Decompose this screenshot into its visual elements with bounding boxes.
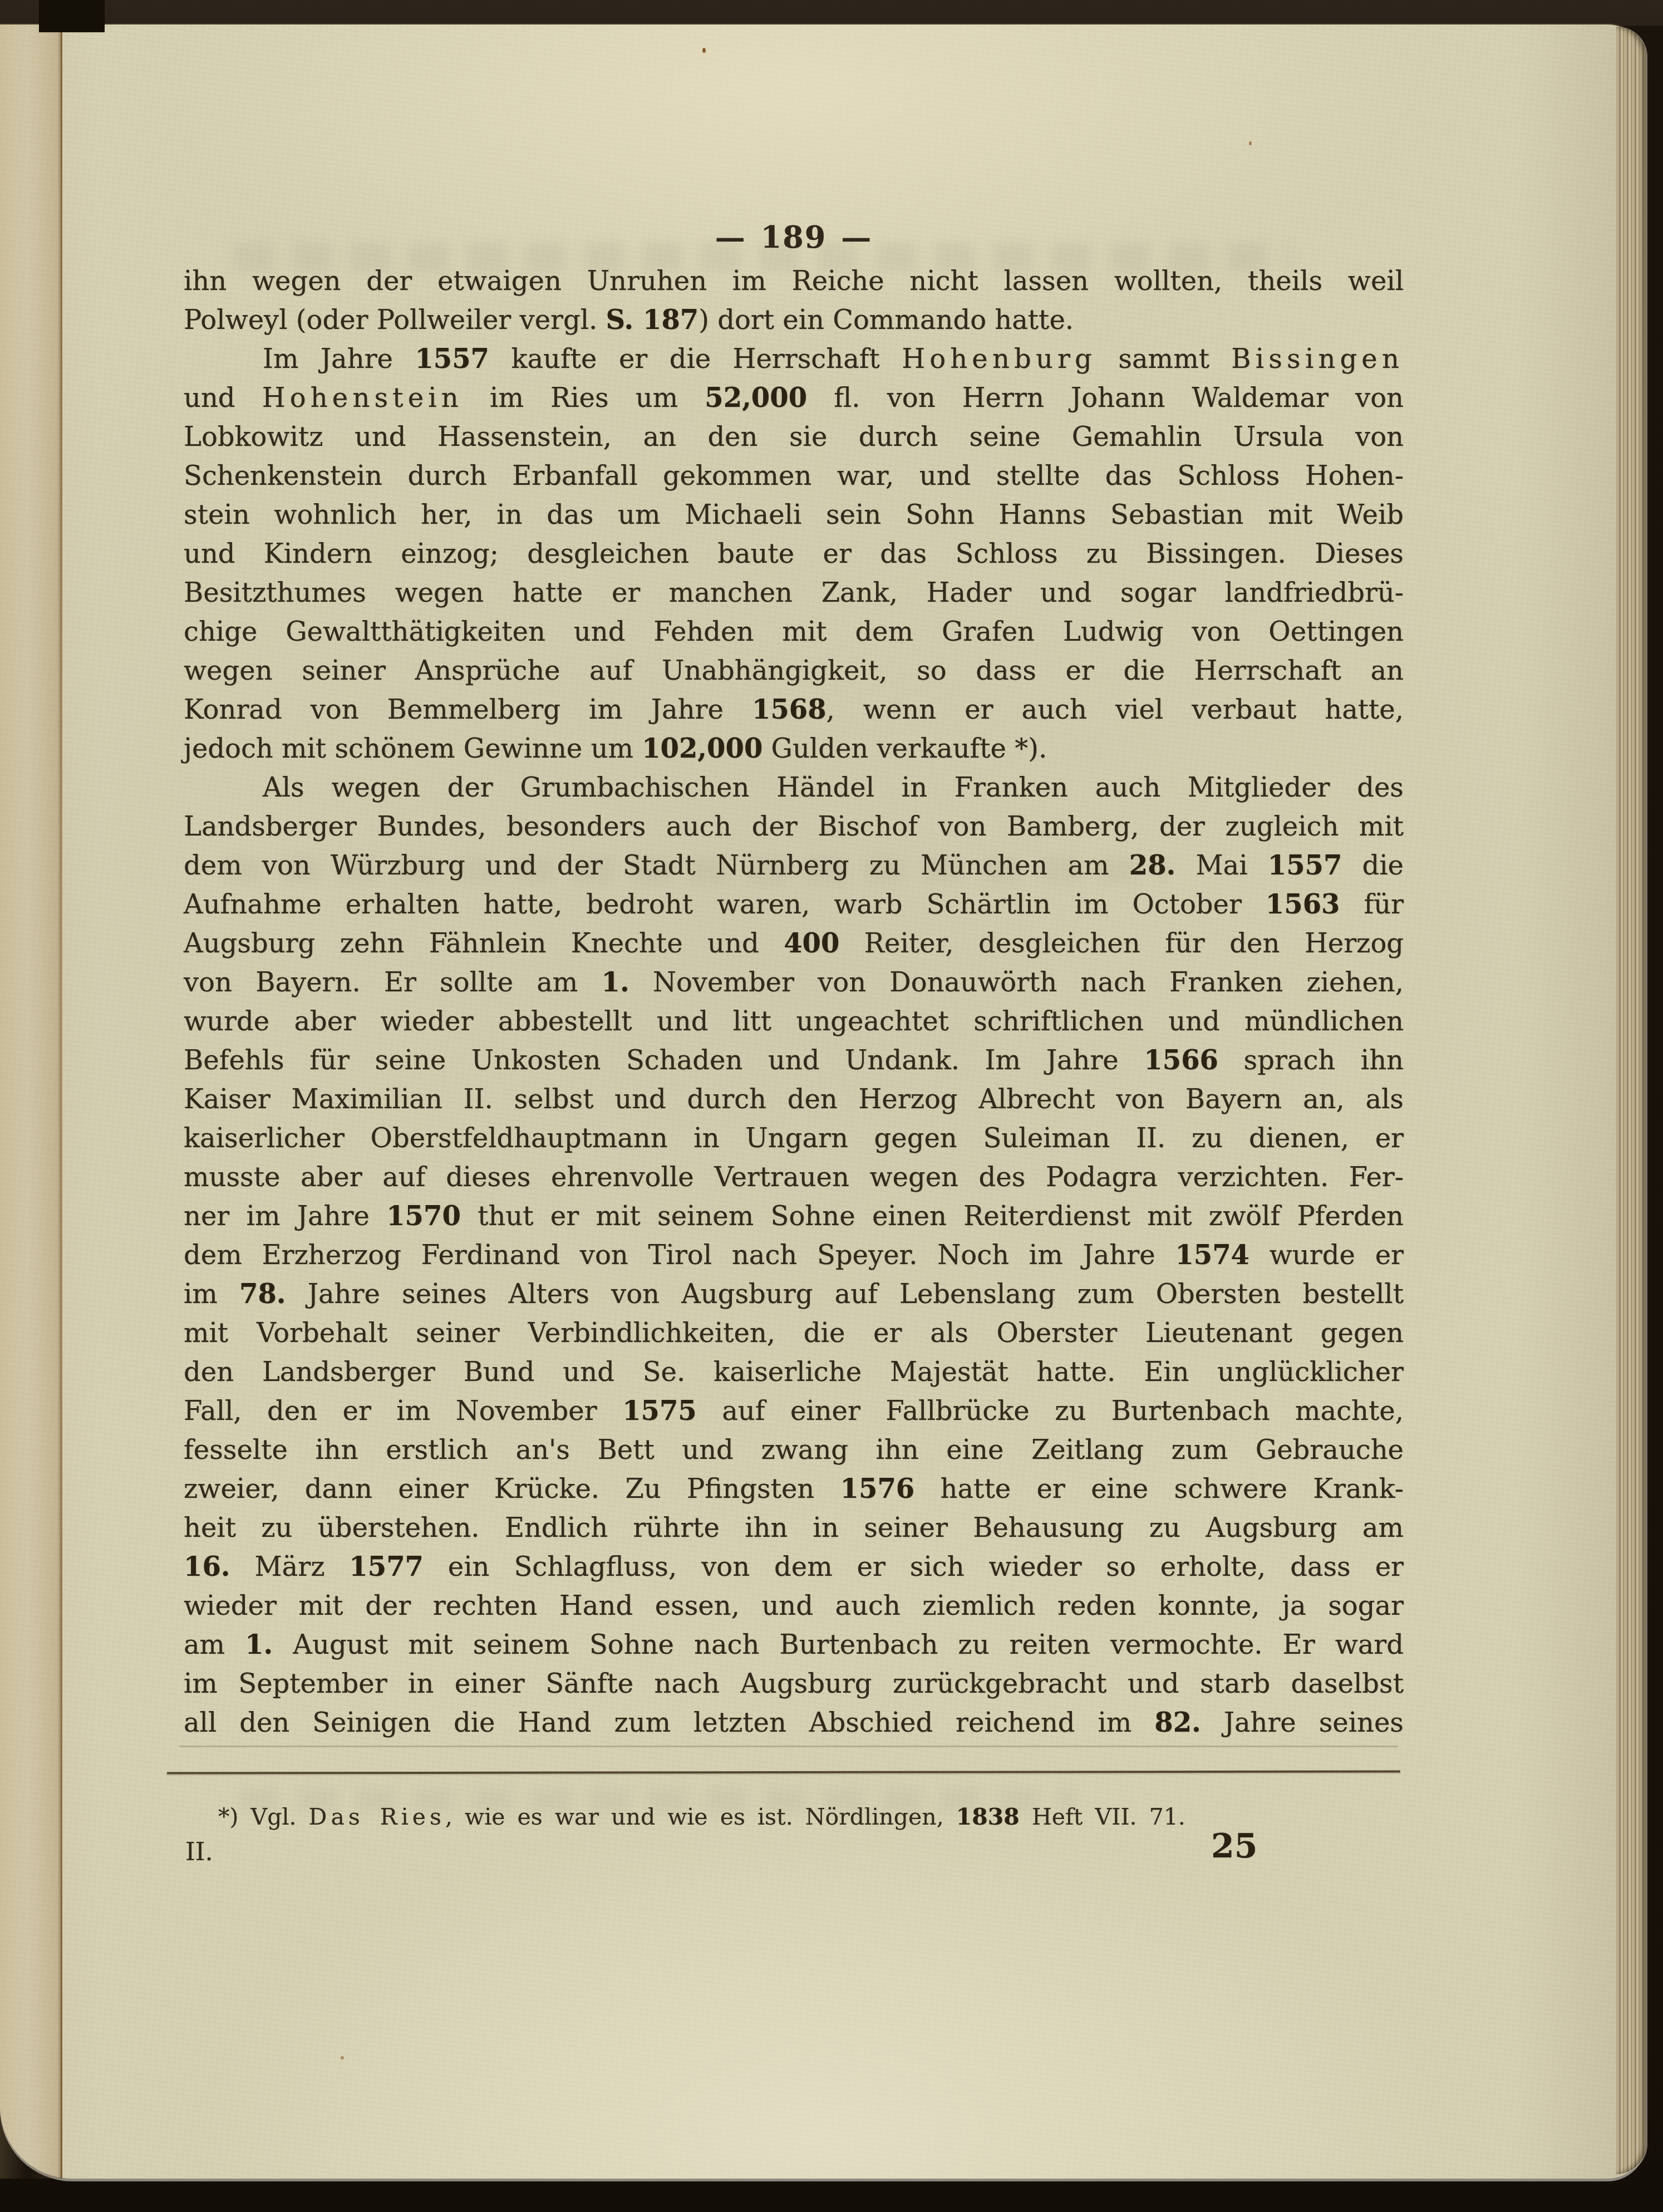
- text-line: Aufnahme erhalten hatte, bedroht waren, …: [184, 885, 1404, 924]
- text-line: ner im Jahre 1570 thut er mit seinem Soh…: [184, 1197, 1404, 1236]
- bold-figure: 78.: [239, 1279, 286, 1310]
- text-line: Lobkowitz und Hassenstein, an den sie du…: [184, 417, 1404, 456]
- text-line: und Kindern einzog; desgleichen baute er…: [184, 534, 1404, 573]
- text-line: am 1. August mit seinem Sohne nach Burte…: [184, 1625, 1404, 1664]
- text-line: jedoch mit schönem Gewinne um 102,000 Gu…: [184, 729, 1404, 768]
- letterspaced-emphasis: Bissingen: [1231, 343, 1404, 375]
- text-line: Als wegen der Grumbachischen Händel in F…: [184, 768, 1404, 807]
- letterspaced-emphasis: Hohenstein: [262, 382, 463, 414]
- header-rule-left: —: [715, 219, 746, 255]
- bold-figure: 1575: [622, 1395, 697, 1427]
- letterspaced-emphasis: Hohenburg: [902, 343, 1096, 375]
- bold-figure: 82.: [1154, 1707, 1201, 1738]
- paper-speck: [1249, 141, 1252, 145]
- text-line: von Bayern. Er sollte am 1. November von…: [184, 963, 1404, 1002]
- bold-figure: 16.: [184, 1551, 230, 1582]
- page-number: 189: [761, 219, 827, 255]
- bold-figure: 1570: [386, 1201, 461, 1232]
- sheet-signature-number: 25: [1211, 1827, 1258, 1866]
- paper-speck: [341, 2056, 344, 2059]
- body-text-block: ihn wegen der etwaigen Unruhen im Reiche…: [184, 262, 1404, 1742]
- bold-figure: S. 187: [606, 304, 699, 336]
- bold-figure: 1557: [1268, 850, 1342, 881]
- bold-figure: 1563: [1266, 889, 1340, 920]
- bold-figure: 1568: [752, 694, 826, 725]
- bold-figure: 1574: [1175, 1240, 1249, 1271]
- text-line: dem Erzherzog Ferdinand von Tirol nach S…: [184, 1236, 1404, 1275]
- faint-impression-rule: [179, 1746, 1398, 1747]
- text-line: Konrad von Bemmelberg im Jahre 1568, wen…: [184, 690, 1404, 729]
- text-line: stein wohnlich her, in das um Michaeli s…: [184, 495, 1404, 534]
- scanned-book-photo: { "colors": { "paper": "#d7d1b4", "ink":…: [0, 0, 1663, 2212]
- text-line: dem von Würzburg und der Stadt Nürnberg …: [184, 846, 1404, 885]
- text-line: Besitzthumes wegen hatte er manchen Zank…: [184, 573, 1404, 612]
- text-line: ihn wegen der etwaigen Unruhen im Reiche…: [184, 262, 1404, 301]
- text-line: mit Vorbehalt seiner Verbindlichkeiten, …: [184, 1314, 1404, 1353]
- header-rule-right: —: [841, 219, 872, 255]
- text-line: Polweyl (oder Pollweiler vergl. S. 187) …: [184, 301, 1404, 340]
- text-line: wurde aber wieder abbestellt und litt un…: [184, 1002, 1404, 1041]
- text-line: all den Seinigen die Hand zum letzten Ab…: [184, 1703, 1404, 1742]
- text-line: Fall, den er im November 1575 auf einer …: [184, 1392, 1404, 1431]
- text-line: musste aber auf dieses ehrenvolle Vertra…: [184, 1158, 1404, 1197]
- text-line: fesselte ihn erstlich an's Bett und zwan…: [184, 1431, 1404, 1469]
- bold-figure: 1.: [245, 1629, 273, 1660]
- text-line: wegen seiner Ansprüche auf Unabhängigkei…: [184, 651, 1404, 690]
- bold-figure: 102,000: [642, 733, 762, 764]
- text-line: kaiserlicher Oberstfeldhauptmann in Unga…: [184, 1119, 1404, 1158]
- text-line: und Hohenstein im Ries um 52,000 fl. von…: [184, 379, 1404, 417]
- letterspaced-emphasis: Das Ries: [309, 1803, 445, 1830]
- text-line: chige Gewaltthätigkeiten und Fehden mit …: [184, 612, 1404, 651]
- bold-figure: 1576: [840, 1473, 915, 1505]
- gutter-crease-line: [61, 24, 62, 2179]
- gutter-shadow: [0, 24, 61, 2179]
- page-header: —189—: [184, 220, 1404, 255]
- text-line: heit zu überstehen. Endlich rührte ihn i…: [184, 1508, 1404, 1547]
- volume-signature: II.: [185, 1837, 213, 1866]
- bold-figure: 400: [784, 928, 839, 959]
- text-line: im 78. Jahre seines Alters von Augsburg …: [184, 1275, 1404, 1314]
- text-line: Befehls für seine Unkosten Schaden und U…: [184, 1041, 1404, 1080]
- text-line: wieder mit der rechten Hand essen, und a…: [184, 1586, 1404, 1625]
- bold-figure: 1838: [956, 1803, 1020, 1830]
- text-line: Augsburg zehn Fähnlein Knechte und 400 R…: [184, 924, 1404, 963]
- text-line: Schenkenstein durch Erbanfall gekommen w…: [184, 456, 1404, 495]
- text-line: zweier, dann einer Krücke. Zu Pfingsten …: [184, 1469, 1404, 1508]
- bold-figure: 52,000: [705, 382, 807, 414]
- bold-figure: 1566: [1144, 1045, 1218, 1076]
- text-line: Im Jahre 1557 kaufte er die Herrschaft H…: [184, 340, 1404, 379]
- text-line: 16. März 1577 ein Schlagfluss, von dem e…: [184, 1547, 1404, 1586]
- text-line: Kaiser Maximilian II. selbst und durch d…: [184, 1080, 1404, 1119]
- paper-speck: [702, 48, 706, 53]
- bold-figure: 1557: [415, 343, 489, 375]
- bold-figure: 1.: [602, 967, 629, 998]
- bold-figure: 28.: [1129, 850, 1176, 881]
- text-line: im September in einer Sänfte nach Augsbu…: [184, 1664, 1404, 1703]
- page-edge-stack: [1616, 27, 1646, 2174]
- text-line: den Landsberger Bund und Se. kaiserliche…: [184, 1353, 1404, 1392]
- binding-notch: [39, 0, 105, 32]
- bold-figure: 1577: [349, 1551, 424, 1582]
- text-line: Landsberger Bundes, besonders auch der B…: [184, 807, 1404, 846]
